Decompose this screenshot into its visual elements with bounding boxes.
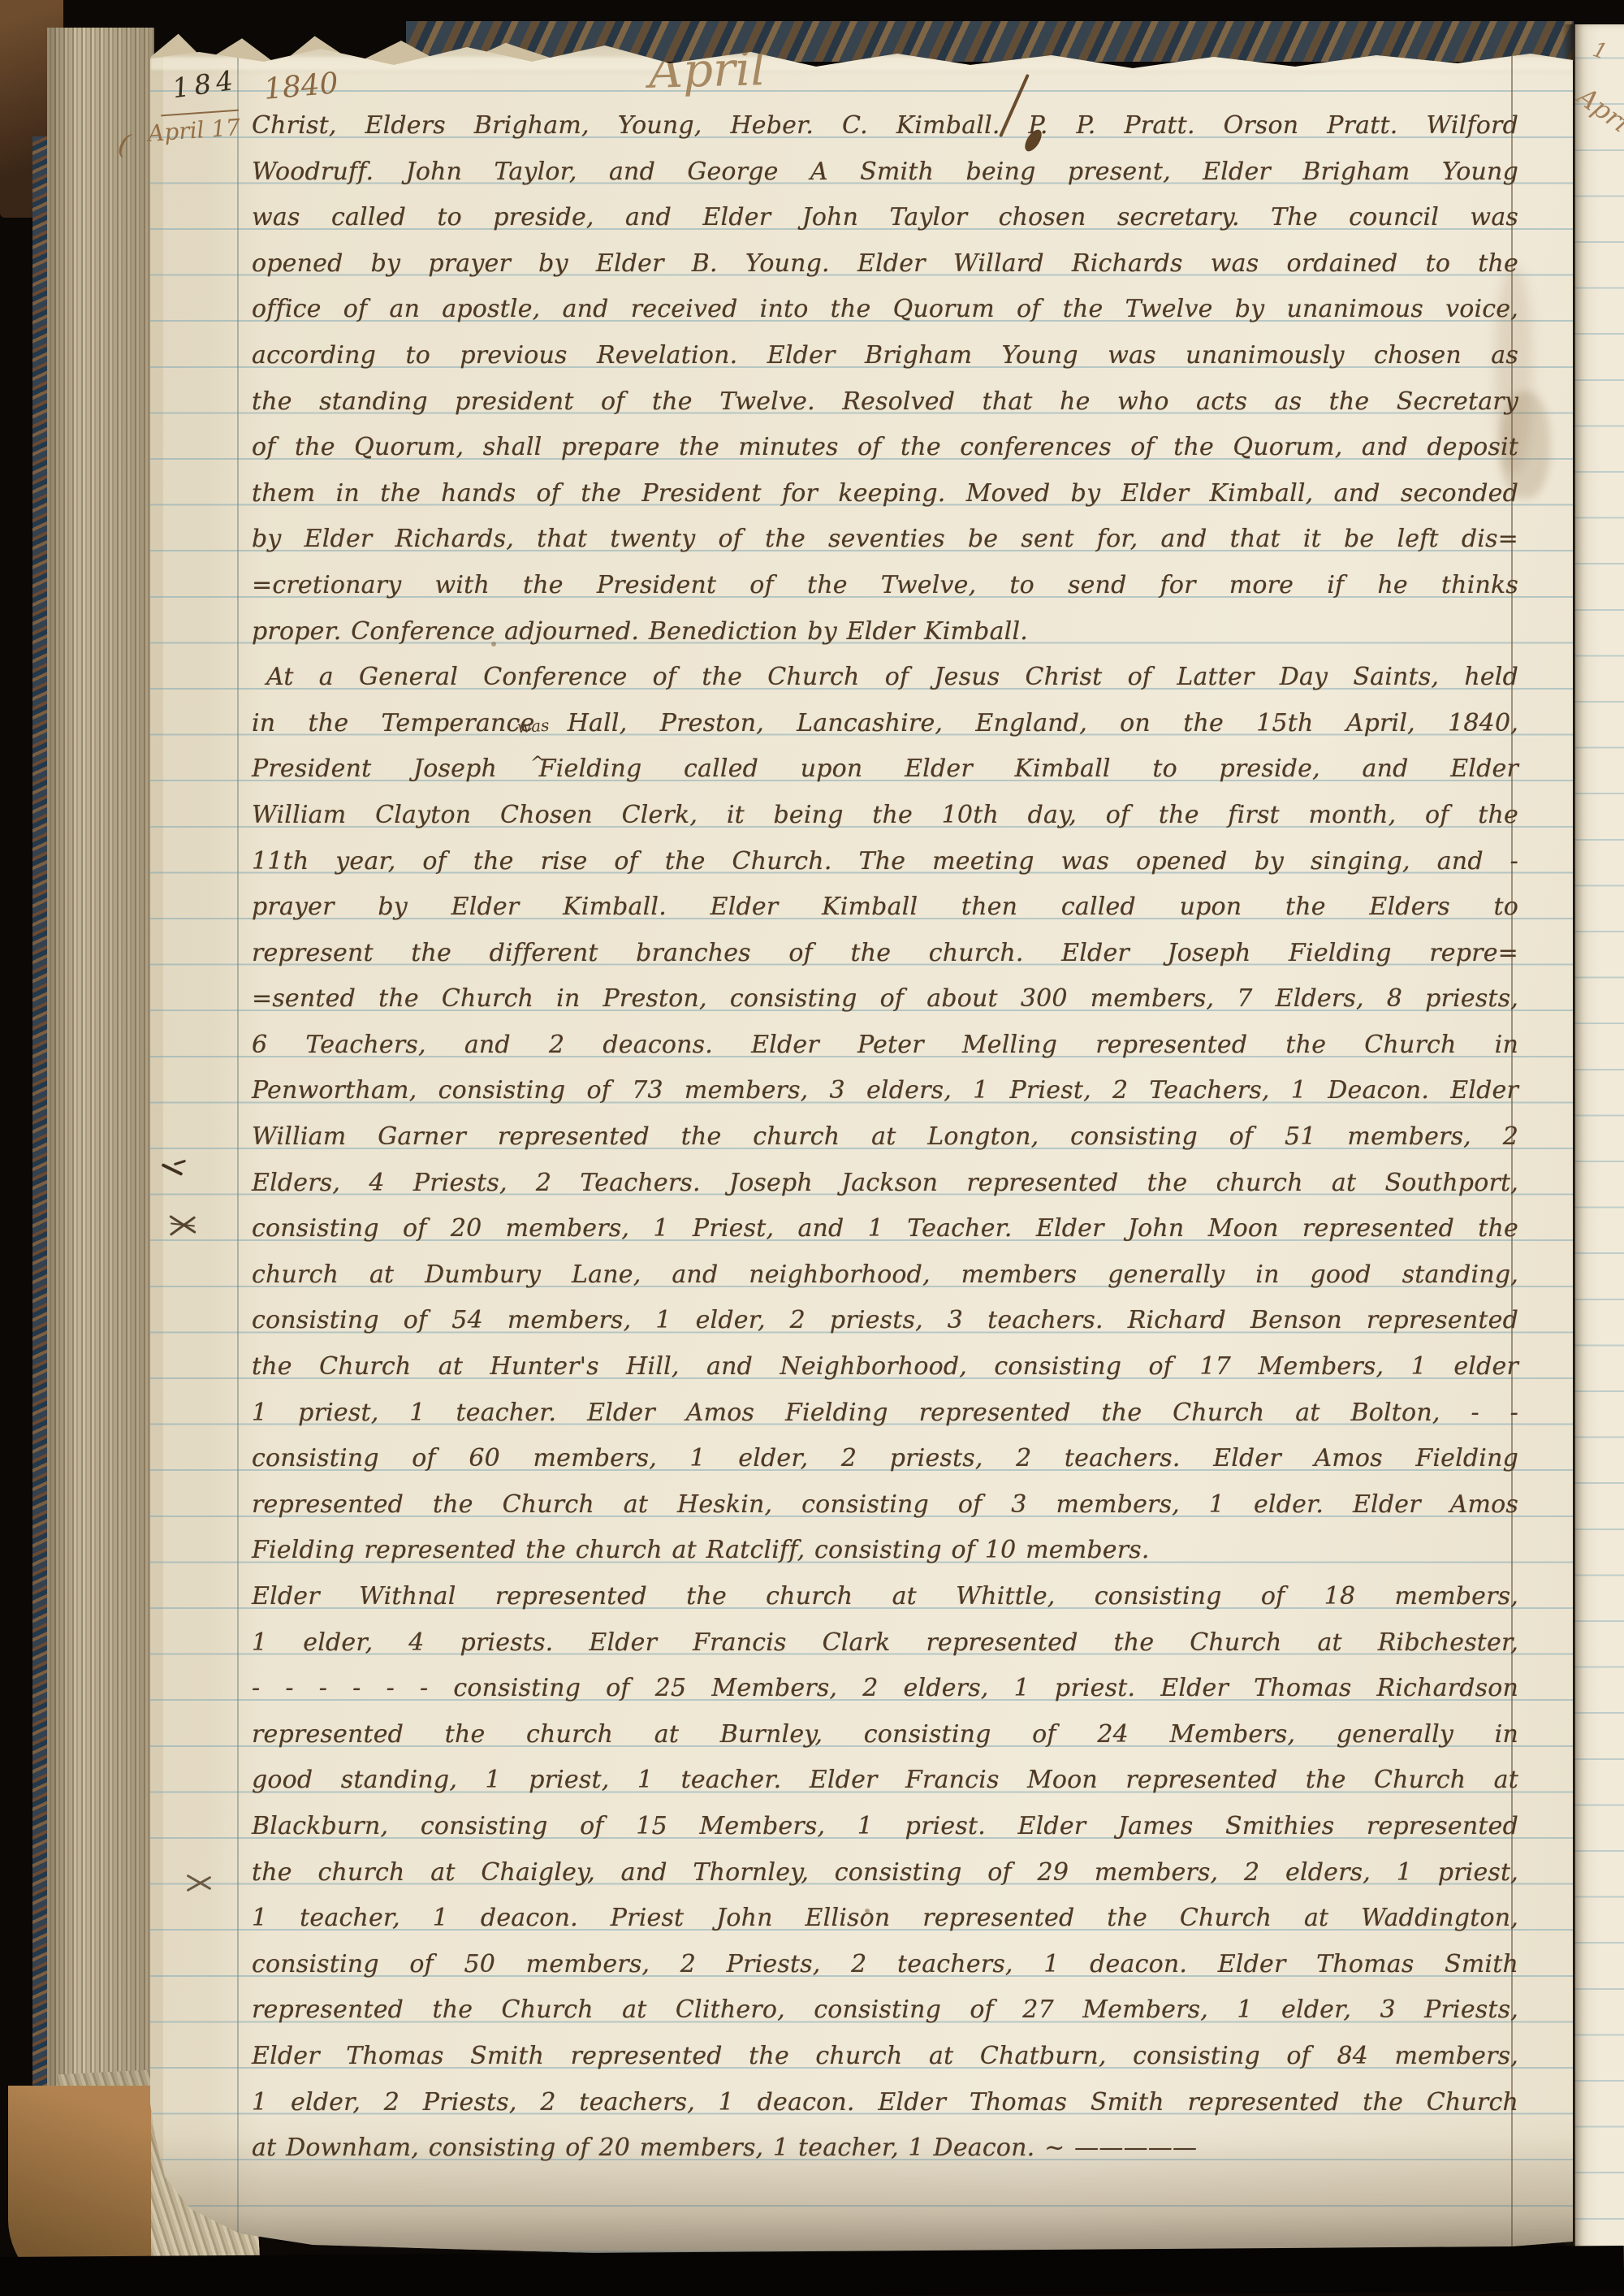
manuscript-line: church at Dumbury Lane, and neighborhood… [252,1252,1518,1299]
manuscript-page: 1840 April Christ, Elders Brigham, Young… [150,24,1573,2264]
page-bottom-shadow [150,2136,1573,2264]
manuscript-text-block: Christ, Elders Brigham, Young, Heber. C.… [252,103,1518,2172]
manuscript-line: represented the Church at Heskin, consis… [252,1482,1518,1529]
manuscript-line: good standing, 1 priest, 1 teacher. Elde… [252,1758,1518,1804]
next-page-edge: 1 Apri [1574,24,1624,2276]
manuscript-line: 1 teacher, 1 deacon. Priest John Ellison… [252,1896,1518,1942]
manuscript-line: in the Temperance Hall, Preston, Lancash… [252,701,1518,747]
manuscript-line: Woodruff. John Taylor, and George A Smit… [252,149,1518,196]
manuscript-line: 1 elder, 4 priests. Elder Francis Clark … [252,1620,1518,1667]
manuscript-line: the Church at Hunter's Hill, and Neighbo… [252,1344,1518,1390]
manuscript-line: At a General Conference of the Church of… [252,655,1518,701]
manuscript-line: proper. Conference adjourned. Benedictio… [252,609,1518,655]
manuscript-line: Christ, Elders Brigham, Young, Heber. C.… [252,103,1518,149]
manuscript-line: consisting of 50 members, 2 Priests, 2 t… [252,1942,1518,1988]
interlinear-insertion: was [516,716,550,737]
insertion-caret: ^ [530,754,545,774]
manuscript-line: consisting of 54 members, 1 elder, 2 pri… [252,1298,1518,1344]
manuscript-line: of the Quorum, shall prepare the minutes… [252,425,1518,471]
manuscript-line: Blackburn, consisting of 15 Members, 1 p… [252,1804,1518,1850]
next-page-month-partial: Apri [1574,80,1624,138]
manuscript-line: the church at Chaigley, and Thornley, co… [252,1850,1518,1896]
manuscript-line: office of an apostle, and received into … [252,287,1518,333]
manuscript-line: Penwortham, consisting of 73 members, 3 … [252,1068,1518,1114]
manuscript-line: prayer by Elder Kimball. Elder Kimball t… [252,884,1518,931]
left-margin-rule [237,24,239,2264]
manuscript-line: Fielding represented the church at Ratcl… [252,1528,1518,1574]
manuscript-line: opened by prayer by Elder B. Young. Elde… [252,241,1518,288]
manuscript-line: 1 elder, 2 Priests, 2 teachers, 1 deacon… [252,2080,1518,2126]
manuscript-line: by Elder Richards, that twenty of the se… [252,517,1518,563]
manuscript-line: the standing president of the Twelve. Re… [252,379,1518,426]
manuscript-line: Elder Thomas Smith represented the churc… [252,2034,1518,2080]
manuscript-line: represented the Church at Clithero, cons… [252,1987,1518,2034]
manuscript-line: was called to preside, and Elder John Ta… [252,195,1518,241]
manuscript-line: - - - - - - consisting of 25 Members, 2 … [252,1666,1518,1712]
manuscript-line: according to previous Revelation. Elder … [252,333,1518,379]
manuscript-line: Elder Withnal represented the church at … [252,1574,1518,1620]
manuscript-line: =cretionary with the President of the Tw… [252,563,1518,609]
page-stack-edges [47,28,154,2255]
manuscript-line: President Joseph Fielding called upon El… [252,746,1518,793]
manuscript-line: 6 Teachers, and 2 deacons. Elder Peter M… [252,1023,1518,1069]
manuscript-line: represented the church at Burnley, consi… [252,1712,1518,1758]
manuscript-line: William Garner represented the church at… [252,1114,1518,1161]
manuscript-line: William Clayton Chosen Clerk, it being t… [252,793,1518,839]
manuscript-line: represent the different branches of the … [252,931,1518,977]
manuscript-line: consisting of 60 members, 1 elder, 2 pri… [252,1436,1518,1482]
year-header: 1840 [262,67,339,106]
manuscript-line: them in the hands of the President for k… [252,471,1518,517]
next-page-number-partial: 1 [1590,37,1610,65]
manuscript-line: =sented the Church in Preston, consistin… [252,976,1518,1023]
manuscript-line: Elders, 4 Priests, 2 Teachers. Joseph Ja… [252,1161,1518,1207]
manuscript-line: 1 priest, 1 teacher. Elder Amos Fielding… [252,1390,1518,1437]
manuscript-line: consisting of 20 members, 1 Priest, and … [252,1206,1518,1252]
manuscript-line: 11th year, of the rise of the Church. Th… [252,839,1518,885]
